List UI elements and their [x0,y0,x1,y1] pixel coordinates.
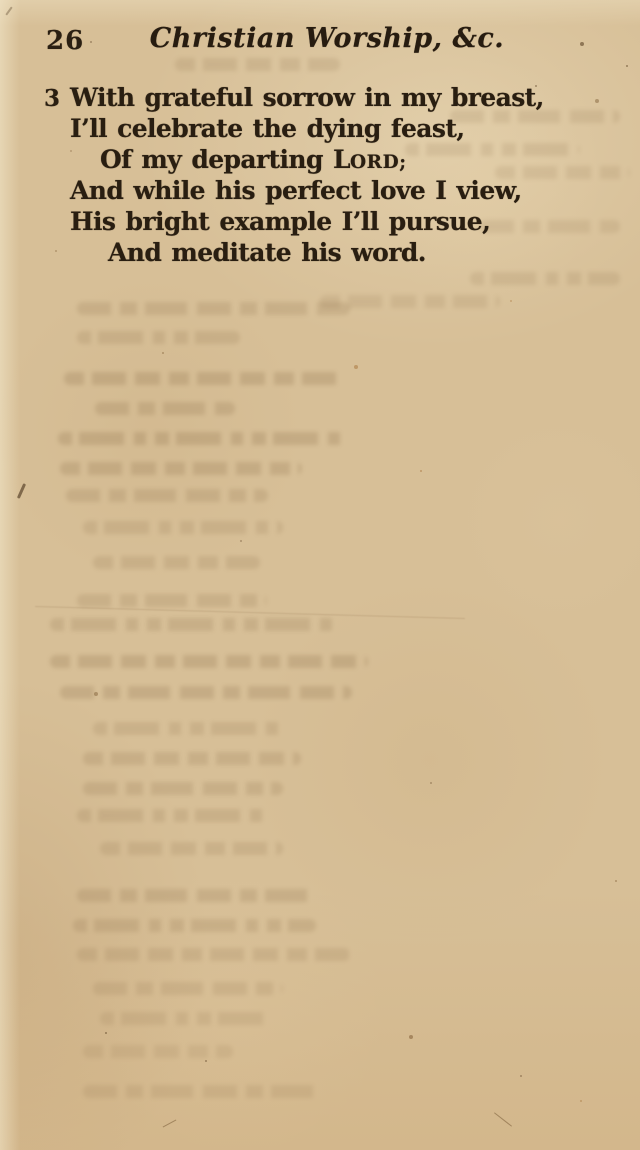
paper-specks [0,0,2,2]
bleedthrough-line [64,372,342,385]
bleedthrough-line [77,302,350,315]
bleedthrough-line [77,331,240,344]
bleedthrough-line [50,655,368,668]
verse-number: 3 [44,85,59,112]
bleedthrough-line [60,462,302,475]
bleedthrough-line [93,722,283,735]
bleedthrough-line [100,1012,267,1025]
book-page: 26 Christian Worship, &c. 3 With gratefu… [0,0,640,1150]
ink-mark [17,483,26,499]
bleedthrough-line [470,272,620,285]
paper-fiber [494,1112,512,1126]
bleedthrough-line [93,556,260,569]
bleedthrough-line [83,1085,317,1098]
smallcaps-initial: L [333,145,350,174]
bleedthrough-line [77,594,267,607]
verse-line: His bright example I’ll pursue, [70,206,604,237]
bleedthrough-line [83,1045,233,1058]
verse-line-text: Of my departing [100,145,333,174]
bleedthrough-line [50,618,335,631]
bleedthrough-line [175,58,340,71]
corner-mark [5,6,12,15]
bleedthrough-line [77,889,317,902]
bleedthrough-line [93,982,283,995]
verse-line: And meditate his word. [108,237,604,268]
bleedthrough-line [77,948,350,961]
bleedthrough-line [95,402,235,415]
bleedthrough-line [100,842,283,855]
verse-line: Of my departing Lord; [100,144,604,175]
bleedthrough-line [73,919,316,932]
paper-fiber [163,1120,177,1128]
verse-line: And while his perfect love I view, [70,175,604,206]
bleedthrough-line [83,521,283,534]
bleedthrough-line [60,686,352,699]
hymn-verse: 3 With grateful sorrow in my breast, I’l… [44,82,604,268]
bleedthrough-line [83,782,283,795]
bleedthrough-line [83,752,301,765]
bleedthrough-line [58,432,345,445]
bleedthrough-line [66,489,268,502]
verse-line: With grateful sorrow in my breast, [70,82,604,113]
running-title: Christian Worship, &c. [0,23,640,54]
bleedthrough-line [77,809,267,822]
paper-crease [35,606,465,619]
verse-line: I’ll celebrate the dying feast, [70,113,604,144]
smallcaps-rest: ord; [350,152,407,173]
bleedthrough-line [320,295,500,308]
smallcaps-word: Lord; [333,145,407,174]
